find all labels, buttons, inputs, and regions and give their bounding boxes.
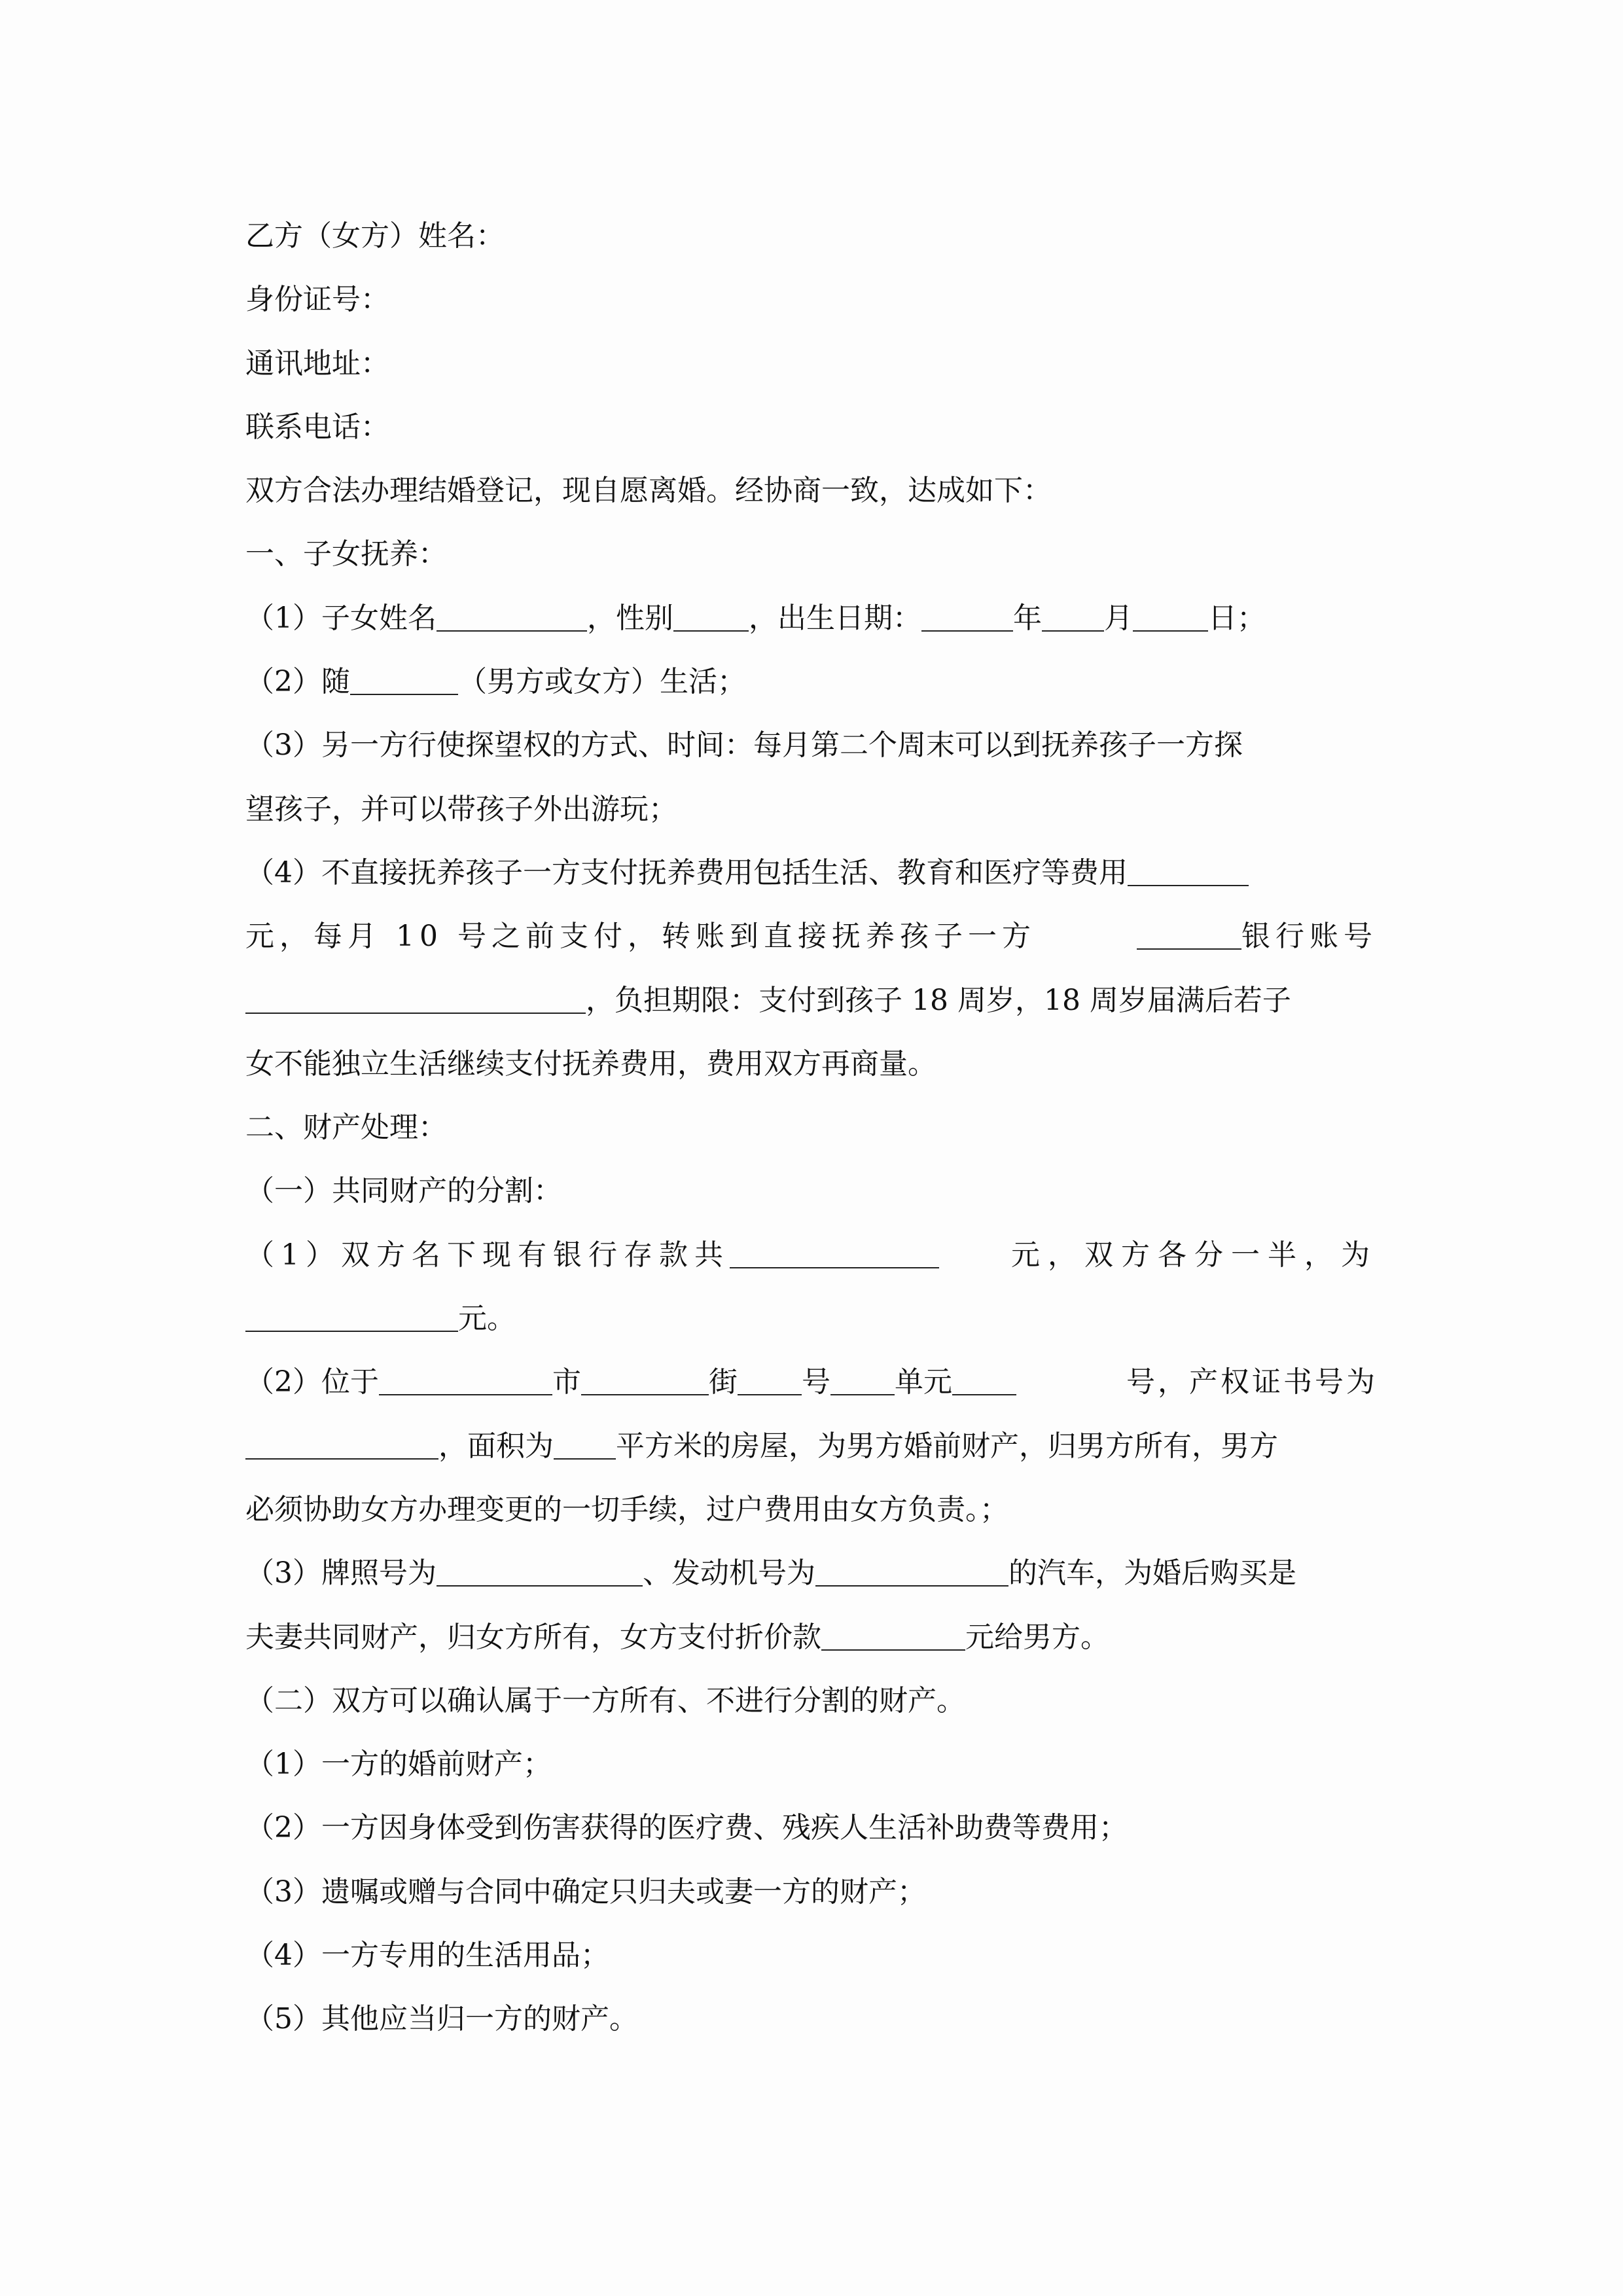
section2-title: 二、财产处理： — [245, 1096, 1378, 1159]
intro-text: 双方合法办理结婚登记，现自愿离婚。经协商一致，达成如下： — [245, 459, 1378, 522]
plate-number-blank[interactable] — [437, 1562, 643, 1587]
party-b-phone: 联系电话： — [245, 395, 1378, 459]
visitation-line-1: （3）另一方行使探望权的方式、时间：每月第二个周末可以到抚养孩子一方探 — [245, 713, 1378, 777]
separate-property-item: （4）一方专用的生活用品； — [245, 1924, 1378, 1987]
party-b-id: 身份证号： — [245, 268, 1378, 331]
year-blank[interactable] — [921, 607, 1013, 632]
support-amount-blank[interactable] — [1128, 861, 1249, 886]
day-blank[interactable] — [1133, 607, 1208, 632]
support-line-2: 元，每月 10 号之前支付，转账到直接抚养孩子一方银行账号 — [245, 905, 1378, 968]
section1-title: 一、子女抚养： — [245, 522, 1378, 586]
house-number-blank[interactable] — [738, 1371, 802, 1395]
joint-property-heading: （一）共同财产的分割： — [245, 1159, 1378, 1223]
visitation-line-2: 望孩子，并可以带孩子外出游玩； — [245, 778, 1378, 841]
party-b-name: 乙方（女方）姓名： — [245, 204, 1378, 268]
party-b-address: 通讯地址： — [245, 332, 1378, 395]
support-line-3: ，负担期限：支付到孩子 18 周岁，18 周岁届满后若子 — [245, 969, 1378, 1032]
street-blank[interactable] — [581, 1371, 709, 1395]
deposit-half-blank[interactable] — [245, 1307, 458, 1332]
city-blank[interactable] — [379, 1371, 552, 1395]
custody-line: （2）随（男方或女方）生活； — [245, 650, 1378, 713]
support-line-1: （4）不直接抚养孩子一方支付抚养费用包括生活、教育和医疗等费用 — [245, 841, 1378, 905]
separate-property-item: （3）遗嘱或赠与合同中确定只归夫或妻一方的财产； — [245, 1860, 1378, 1924]
separate-property-item: （2）一方因身体受到伤害获得的医疗费、残疾人生活补助费等费用； — [245, 1796, 1378, 1859]
car-line-2: 夫妻共同财产，归女方所有，女方支付折价款元给男方。 — [245, 1605, 1378, 1669]
separate-property-item: （5）其他应当归一方的财产。 — [245, 1987, 1378, 2051]
area-blank[interactable] — [554, 1435, 616, 1460]
document-page: 乙方（女方）姓名： 身份证号： 通讯地址： 联系电话： 双方合法办理结婚登记，现… — [245, 204, 1378, 2051]
deposit-total-blank[interactable] — [730, 1244, 939, 1268]
month-blank[interactable] — [1042, 607, 1104, 632]
child-info-line: （1）子女姓名，性别，出生日期：年月日； — [245, 586, 1378, 650]
house-line-2: ，面积为平方米的房屋，为男方婚前财产，归男方所有，男方 — [245, 1414, 1378, 1478]
separate-property-item: （1）一方的婚前财产； — [245, 1732, 1378, 1796]
bank-account-blank[interactable] — [245, 989, 586, 1014]
engine-number-blank[interactable] — [815, 1562, 1008, 1587]
separate-property-heading: （二）双方可以确认属于一方所有、不进行分割的财产。 — [245, 1669, 1378, 1732]
support-line-4: 女不能独立生活继续支付抚养费用，费用双方再商量。 — [245, 1032, 1378, 1096]
bank-name-blank[interactable] — [1137, 925, 1241, 950]
gender-blank[interactable] — [673, 607, 749, 632]
certificate-number-blank[interactable] — [245, 1435, 438, 1460]
house-line-1: （2）位于市街号单元号，产权证书号为 — [245, 1350, 1378, 1414]
custody-blank[interactable] — [350, 670, 458, 695]
deposit-line-1: （1）双方名下现有银行存款共元，双方各分一半，为 — [245, 1223, 1378, 1287]
child-name-blank[interactable] — [437, 607, 587, 632]
unit-blank[interactable] — [830, 1371, 895, 1395]
room-blank[interactable] — [952, 1371, 1016, 1395]
compensation-blank[interactable] — [821, 1626, 965, 1651]
house-line-3: 必须协助女方办理变更的一切手续，过户费用由女方负责。； — [245, 1478, 1378, 1541]
deposit-line-2: 元。 — [245, 1287, 1378, 1350]
car-line-1: （3）牌照号为、发动机号为的汽车，为婚后购买是 — [245, 1541, 1378, 1605]
